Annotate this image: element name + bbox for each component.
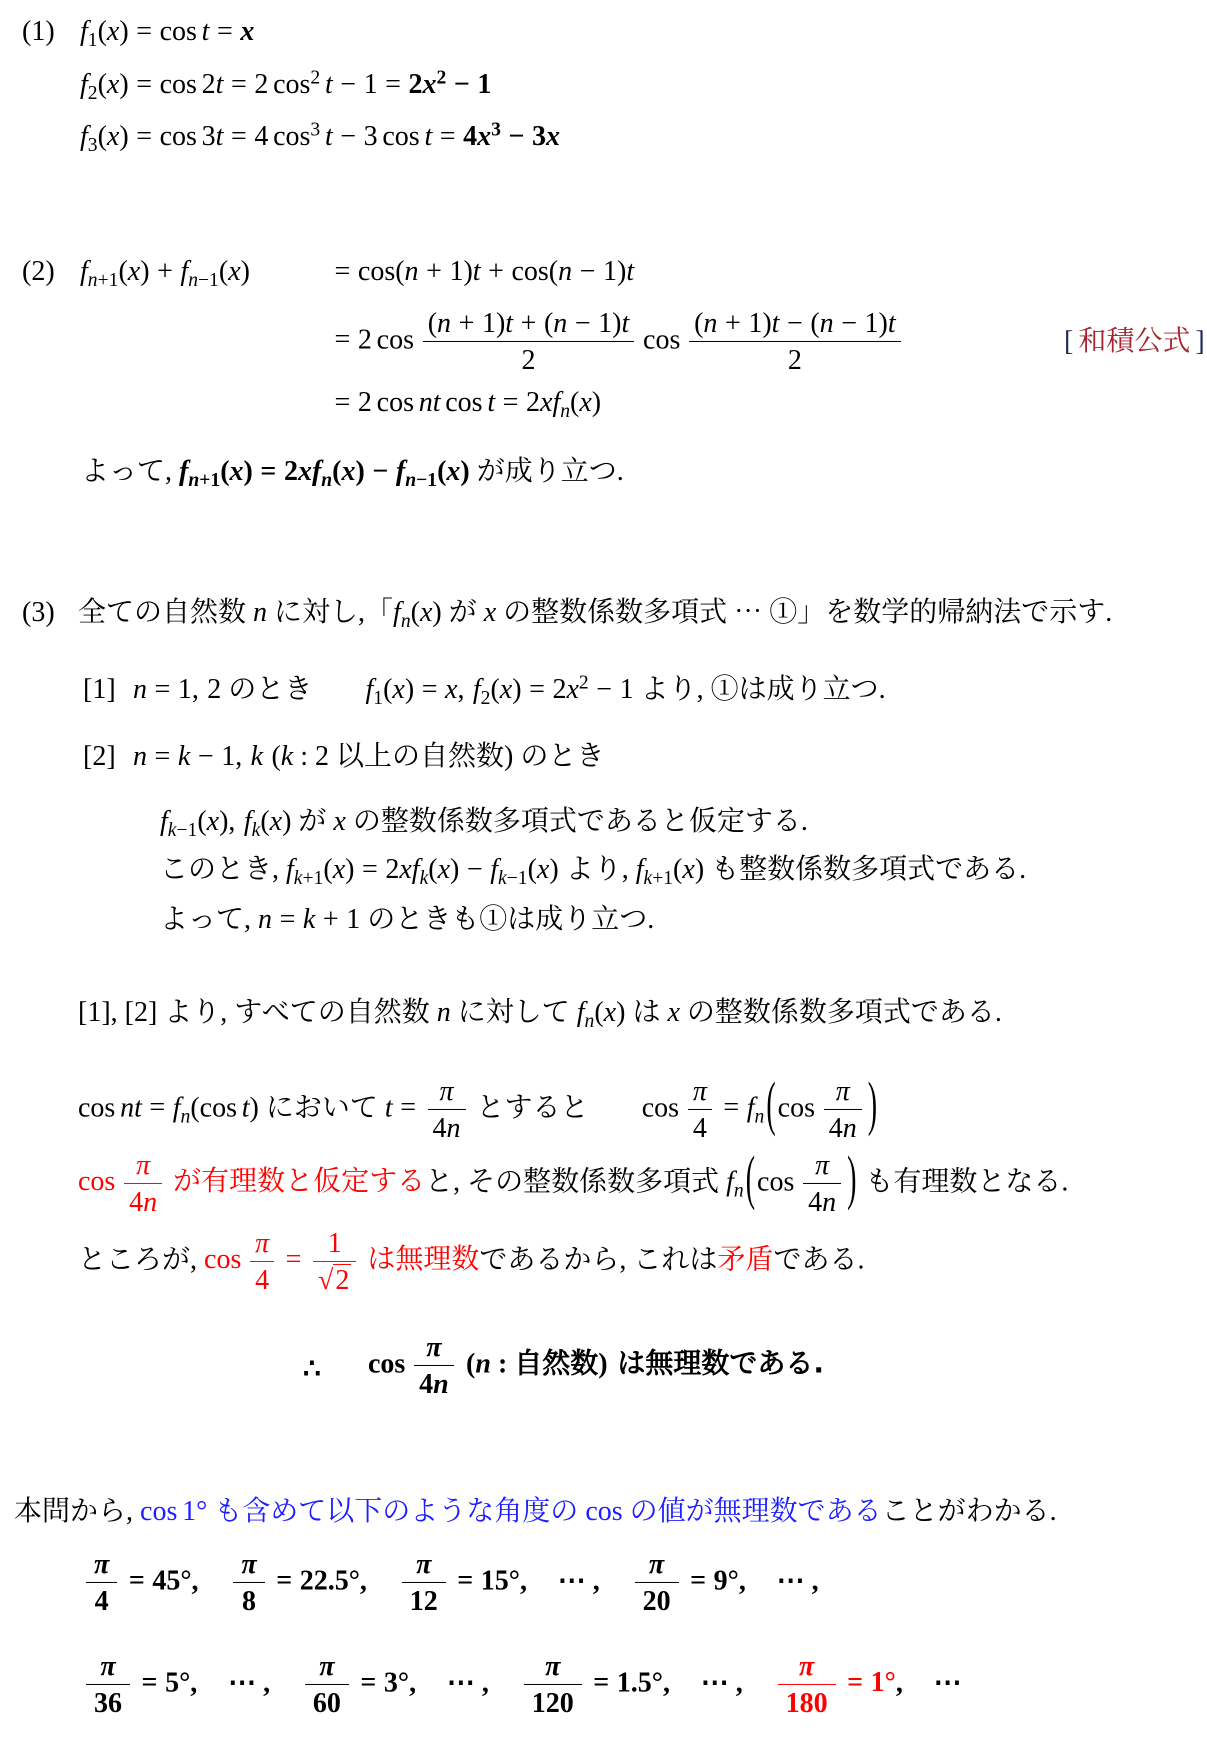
fraction-denominator: 36 (86, 1685, 130, 1720)
styled-group: fn+1(x)=2xfn(x)−fn−1(x) (179, 456, 470, 487)
fraction-denominator: 12 (402, 1583, 446, 1618)
math-operator: = (121, 1565, 152, 1596)
math-variable: x (342, 456, 356, 487)
math-text: 1) (865, 308, 888, 339)
japanese-text: よって, (160, 904, 258, 935)
math-text: ) (695, 854, 704, 885)
math-operator: = (432, 121, 463, 152)
japanese-text: が (442, 597, 484, 628)
subscript: n (181, 1106, 191, 1127)
math-text: 2 (526, 387, 540, 418)
math-text: 4 (433, 1113, 447, 1144)
math-text: ) (460, 456, 469, 487)
math-variable: f (80, 256, 88, 287)
fraction: 1√2 (313, 1227, 356, 1297)
math-text: ( (98, 121, 107, 152)
styled-group: 2x2−1 (409, 69, 492, 100)
subscript: n+1 (88, 270, 119, 291)
fraction-numerator: π (803, 1149, 841, 1184)
japanese-text: が成り立つ. (470, 456, 624, 487)
math-text: ) (119, 121, 128, 152)
math-text: 2 (310, 67, 320, 88)
math-text: 3 (491, 119, 501, 140)
math-text: 2 (88, 83, 98, 104)
math-text: 4 (829, 1113, 843, 1144)
math-operator: = (716, 1092, 747, 1123)
fraction: π4n (824, 1075, 862, 1145)
math-operator: = (134, 1667, 165, 1698)
math-variable: x (107, 69, 119, 100)
math-operator: = (147, 741, 178, 772)
induction-step-2-derivation: このとき, fk+1(x)=2xfk(x)−fk−1(x) より, fk+1(x… (160, 853, 1026, 887)
math-text: cos (78, 1166, 115, 1197)
math-variable: t (385, 1092, 393, 1123)
sum-to-product-note: [和積公式] (1059, 325, 1207, 359)
styled-group: cos1° も含めて以下のような角度の cos の値が無理数である (140, 1496, 882, 1527)
math-variable: f (473, 674, 481, 705)
math-variable: n (321, 470, 332, 491)
math-text: 15°, (481, 1565, 527, 1596)
math-text: −1 (507, 868, 528, 889)
math-text: 1 (88, 30, 98, 51)
math-variable: f (393, 597, 401, 628)
math-text: ( (98, 16, 107, 47)
math-variable: x (333, 854, 345, 885)
math-text: 120 (532, 1688, 574, 1719)
math-operator: = (327, 387, 358, 418)
fraction-numerator: (n+1)t+(n−1)t (423, 307, 635, 342)
japanese-text: の整数係数多項式 (496, 597, 734, 628)
part-1-equation-f2: f2(x)=cos2t=2cos2t−1=2x2−1 (80, 68, 491, 102)
math-operator: = (253, 456, 284, 487)
math-variable: n (253, 597, 267, 628)
math-variable: n (405, 470, 416, 491)
math-text: ) (244, 456, 253, 487)
subscript: k+1 (294, 868, 324, 889)
math-text: ( (383, 674, 392, 705)
math-variable: x (682, 854, 694, 885)
math-text: (cos (190, 1092, 237, 1123)
math-text: ( (323, 854, 332, 885)
math-variable: n (188, 470, 199, 491)
math-operator: = (272, 904, 303, 935)
math-variable: t (487, 387, 495, 418)
math-text: ( (118, 256, 127, 287)
japanese-text: に対して (451, 997, 577, 1028)
math-operator: − (365, 456, 396, 487)
subscript: n (321, 470, 332, 491)
math-variable: x (667, 997, 679, 1028)
math-text: 2 (358, 387, 372, 418)
math-variable: x (107, 121, 119, 152)
math-variable: t (242, 1092, 250, 1123)
fraction-numerator: π (250, 1227, 274, 1262)
big-parenthesis: ) (847, 1144, 856, 1216)
induction-step-2-label: [2] (83, 740, 116, 774)
math-text: +1 (98, 270, 119, 291)
fraction-denominator: 4n (824, 1110, 862, 1145)
math-text: cos (160, 69, 197, 100)
substitution-line: cosnt=fn(cost) において t=π4n とするとcosπ4=fn(c… (78, 1075, 879, 1145)
math-variable: n (143, 1187, 157, 1218)
math-variable: f (747, 1092, 755, 1123)
math-text: 1° (182, 1496, 207, 1527)
induction-step-2-result: よって, n=k+1 のときも①は成り立つ. (160, 903, 654, 937)
induction-step-1-label: [1] (83, 673, 116, 707)
math-variable: x (445, 674, 457, 705)
part-3-number: (3) (22, 596, 55, 630)
math-operator: = (129, 16, 160, 47)
math-variable: k (252, 820, 261, 841)
fraction: π20 (635, 1548, 679, 1618)
math-operator: + (419, 256, 450, 287)
math-text: 4 (419, 1369, 433, 1400)
math-operator: = (223, 69, 254, 100)
math-text: 3 (88, 135, 98, 156)
math-variable: f (412, 854, 420, 885)
math-text: cos (643, 324, 680, 355)
math-variable: x (484, 597, 496, 628)
math-text: −1 (176, 820, 197, 841)
math-operator: + (150, 256, 181, 287)
math-variable: n (88, 270, 98, 291)
fraction-numerator: π (233, 1548, 264, 1583)
math-text: cos (377, 324, 414, 355)
math-operator: + (451, 308, 482, 339)
math-variable: π (241, 1549, 256, 1580)
math-variable: n (133, 674, 147, 705)
math-text: cos( (358, 256, 405, 287)
math-variable: t (325, 121, 333, 152)
fraction-denominator: √2 (313, 1262, 356, 1297)
math-text: ⋯ , (447, 1667, 489, 1698)
math-operator: = (450, 1565, 481, 1596)
japanese-text: より, ①は成り立つ. (634, 674, 886, 705)
math-operator: − (779, 308, 810, 339)
japanese-text: 矛盾 (717, 1244, 773, 1275)
math-text: cos (140, 1496, 177, 1527)
subscript: 2 (481, 688, 491, 709)
fraction: π4n (124, 1149, 162, 1219)
math-text: 1 (346, 904, 360, 935)
math-variable: t (325, 69, 333, 100)
math-text: 5°, (165, 1667, 197, 1698)
fraction-numerator: π (414, 1331, 454, 1366)
math-variable: π (836, 1076, 850, 1107)
math-text: cos (160, 16, 197, 47)
math-text: ) (119, 16, 128, 47)
math-variable: n (820, 308, 834, 339)
fraction-denominator: 2 (423, 342, 635, 377)
math-variable: k (281, 741, 293, 772)
fraction-numerator: π (824, 1075, 862, 1110)
math-variable: n (755, 1106, 765, 1127)
math-operator: = (129, 69, 160, 100)
part-2-number: (2) (22, 255, 55, 289)
math-text: ( (544, 308, 553, 339)
fraction: (n+1)t+(n−1)t2 (423, 307, 635, 377)
math-variable: n (843, 1113, 857, 1144)
styled-group: 矛盾 (717, 1244, 773, 1275)
japanese-text: も有理数となる. (858, 1166, 1068, 1197)
math-text: ) (356, 456, 365, 487)
math-variable: f (726, 1166, 734, 1197)
japanese-text: のとき (221, 674, 312, 705)
math-text: 2 (437, 67, 447, 88)
math-text: cos (642, 1092, 679, 1123)
math-text: ( (98, 69, 107, 100)
math-text: cos (273, 121, 310, 152)
math-text: +1 (652, 868, 673, 889)
japanese-text: の整数係数多項式であると仮定する. (346, 806, 808, 837)
math-text: 20 (643, 1586, 671, 1617)
fraction: π4 (250, 1227, 274, 1297)
fraction: π180 (778, 1650, 836, 1720)
fraction: (n+1)t−(n−1)t2 (689, 307, 901, 377)
radical-sign: √ (318, 1265, 333, 1296)
math-variable: f (80, 121, 88, 152)
math-text: 4 (254, 121, 268, 152)
math-operator: + (481, 256, 512, 287)
subscript: n (734, 1180, 744, 1201)
math-text: ⋯ , (701, 1667, 743, 1698)
math-text: 4 (808, 1187, 822, 1218)
math-text: 2 (481, 688, 491, 709)
math-variable: x (477, 121, 491, 152)
math-variable: π (416, 1549, 431, 1580)
math-variable: x (298, 456, 312, 487)
math-text: 3 (310, 119, 320, 140)
final-remark-intro: 本問から, cos1° も含めて以下のような角度の cos の値が無理数であるこ… (14, 1495, 1057, 1529)
math-variable: π (136, 1150, 150, 1181)
math-variable: f (577, 997, 585, 1028)
math-text: ( (260, 806, 269, 837)
math-variable: π (693, 1076, 707, 1107)
math-operator: = (278, 1244, 309, 1275)
math-variable: x (566, 674, 578, 705)
math-text: 2 (254, 69, 268, 100)
big-parenthesis: ) (868, 1070, 877, 1142)
math-text: cos (273, 69, 310, 100)
fraction: π60 (305, 1650, 349, 1720)
math-text: 1, (221, 741, 242, 772)
math-text: ) (598, 1348, 607, 1379)
math-variable: f (490, 854, 498, 885)
math-text: 1.5°, (617, 1667, 670, 1698)
math-text: cos (204, 1244, 241, 1275)
japanese-text: の値が無理数である (623, 1496, 882, 1527)
japanese-text: も整数係数多項式である. (704, 854, 1026, 885)
math-variable: f (80, 69, 88, 100)
math-text: 2 (409, 69, 423, 100)
math-text: 45°, (152, 1565, 198, 1596)
math-text: 1 (373, 688, 383, 709)
angle-list-row-2: π36=5°,⋯ ,π60=3°,⋯ ,π120=1.5°,⋯ ,π180=1°… (82, 1650, 962, 1720)
styled-group: cosπ4=1√2 は無理数 (204, 1244, 479, 1275)
japanese-text: のとき (513, 741, 604, 772)
math-text: ( (197, 806, 206, 837)
math-variable: t (621, 308, 629, 339)
math-operator: = (414, 674, 445, 705)
big-parenthesis: ( (746, 1144, 755, 1216)
math-text: 2 (552, 674, 566, 705)
math-variable: x (540, 387, 552, 418)
math-variable: π (440, 1076, 454, 1107)
math-operator: = (354, 854, 385, 885)
fraction-denominator: 8 (233, 1583, 264, 1618)
math-text: 1) (449, 256, 472, 287)
math-text: ( (271, 741, 280, 772)
japanese-text: は (625, 997, 667, 1028)
part-2-lhs: fn+1(x)+fn−1(x) (80, 255, 250, 289)
assumption-line: cosπ4n が有理数と仮定すると, その整数係数多項式 fn(cosπ4n) … (78, 1149, 1068, 1219)
fraction-denominator: 4n (414, 1366, 454, 1401)
japanese-text: ところが, (78, 1244, 204, 1275)
fraction: π8 (233, 1548, 264, 1618)
math-variable: f (173, 1092, 181, 1123)
japanese-text: このとき, (160, 854, 286, 885)
math-text: 4 (463, 121, 477, 152)
math-text: cos (757, 1166, 794, 1197)
part-1-equation-f3: f3(x)=cos3t=4cos3t−3cost=4x3−3x (80, 120, 560, 154)
math-operator: = (223, 121, 254, 152)
subscript: k−1 (498, 868, 528, 889)
math-variable: f (179, 456, 188, 487)
math-variable: nt (120, 1092, 142, 1123)
math-operator: − (333, 121, 364, 152)
math-text: 180 (786, 1688, 828, 1719)
subscript: 2 (88, 83, 98, 104)
math-variable: nt (419, 387, 441, 418)
math-text: −1 (416, 470, 437, 491)
math-variable: n (401, 611, 411, 632)
styled-group: cosπ4n が有理数と仮定する (78, 1166, 425, 1197)
math-variable: t (473, 256, 481, 287)
math-text: 8 (242, 1586, 256, 1617)
fraction-numerator: 1 (313, 1227, 356, 1262)
math-variable: n (553, 308, 567, 339)
math-operator: = (327, 324, 358, 355)
superscript: 2 (437, 67, 447, 88)
induction-step-1: n=1,2 のときf1(x)=x,f2(x)=2x2−1 より, ①は成り立つ. (133, 673, 886, 707)
math-variable: x (207, 806, 219, 837)
math-operator: + (315, 904, 346, 935)
math-text: ( (570, 387, 579, 418)
big-parenthesis: ( (766, 1070, 775, 1142)
math-text: 2 (788, 345, 802, 376)
math-variable: π (94, 1549, 109, 1580)
japanese-text: であるから, これは (479, 1244, 717, 1275)
math-text: ⋯ , (558, 1565, 600, 1596)
math-text: 3 (532, 121, 546, 152)
math-text: ) (140, 256, 149, 287)
math-text: ) (512, 674, 521, 705)
math-text: ⋯ (934, 1667, 962, 1698)
math-variable: n (703, 308, 717, 339)
math-variable: n (560, 401, 570, 422)
math-variable: k (498, 868, 507, 889)
math-text: cos (160, 121, 197, 152)
math-operator: = (147, 674, 178, 705)
math-text: 2 (335, 1265, 349, 1296)
fraction-numerator: π (524, 1650, 582, 1685)
math-variable: n (437, 308, 451, 339)
math-text: : (491, 1348, 514, 1379)
fraction: π4n (414, 1331, 454, 1401)
math-operator: − (333, 69, 364, 100)
fraction-numerator: π (778, 1650, 836, 1685)
math-variable: k (303, 904, 315, 935)
math-variable: k (294, 868, 303, 889)
math-variable: x (579, 387, 591, 418)
math-text: 22.5°, (300, 1565, 367, 1596)
math-text: ( (219, 256, 228, 287)
math-variable: x (107, 16, 119, 47)
math-operator: − (572, 256, 603, 287)
math-operator: − (834, 308, 865, 339)
japanese-text: ことがわかる. (882, 1496, 1057, 1527)
part-2-conclusion: よって, fn+1(x)=2xfn(x)−fn−1(x) が成り立つ. (81, 455, 624, 489)
fraction: π4 (86, 1548, 117, 1618)
math-variable: x (228, 256, 240, 287)
math-text: ) (119, 69, 128, 100)
math-variable: f (396, 456, 405, 487)
math-text: 4 (255, 1265, 269, 1296)
math-text: 1) (598, 308, 621, 339)
math-operator: + (717, 308, 748, 339)
math-text: cos (585, 1496, 622, 1527)
japanese-text: も含めて以下のような角度の (207, 1496, 585, 1527)
math-variable: x (128, 256, 140, 287)
math-variable: n (181, 1106, 191, 1127)
math-operator: = (393, 1092, 424, 1123)
math-text: ) (241, 256, 250, 287)
math-variable: t (888, 308, 896, 339)
math-text: 2 (385, 854, 399, 885)
japanese-text: より, すべての自然数 (157, 997, 436, 1028)
math-variable: x (399, 854, 411, 885)
japanese-text: 以上の自然数 (329, 741, 504, 772)
math-text: ( (528, 854, 537, 885)
math-variable: x (333, 806, 345, 837)
subscript: k (252, 820, 261, 841)
fraction-denominator: 120 (524, 1685, 582, 1720)
subscript: k−1 (168, 820, 198, 841)
japanese-text: が有理数と仮定する (166, 1166, 425, 1197)
math-variable: f (286, 854, 294, 885)
fraction-denominator: 4 (86, 1583, 117, 1618)
fraction-numerator: π (635, 1548, 679, 1583)
subscript: n (585, 1011, 595, 1032)
math-text: cos (382, 121, 419, 152)
japanese-text: 本問から, (14, 1496, 140, 1527)
math-text: 9°, (714, 1565, 746, 1596)
math-variable: t (626, 256, 634, 287)
math-text: ⋯ , (228, 1667, 270, 1698)
subscript: 1 (373, 688, 383, 709)
subscript: 1 (88, 30, 98, 51)
math-variable: π (255, 1228, 269, 1259)
math-text: ⋯ , (777, 1565, 819, 1596)
fraction-numerator: π (86, 1548, 117, 1583)
japanese-text: より, (559, 854, 636, 885)
math-variable: π (815, 1150, 829, 1181)
note-bracket-open: [ (1059, 326, 1078, 357)
math-text: 2 (202, 69, 216, 100)
math-variable: k (178, 741, 190, 772)
math-variable: f (244, 806, 252, 837)
math-variable: π (799, 1651, 814, 1682)
